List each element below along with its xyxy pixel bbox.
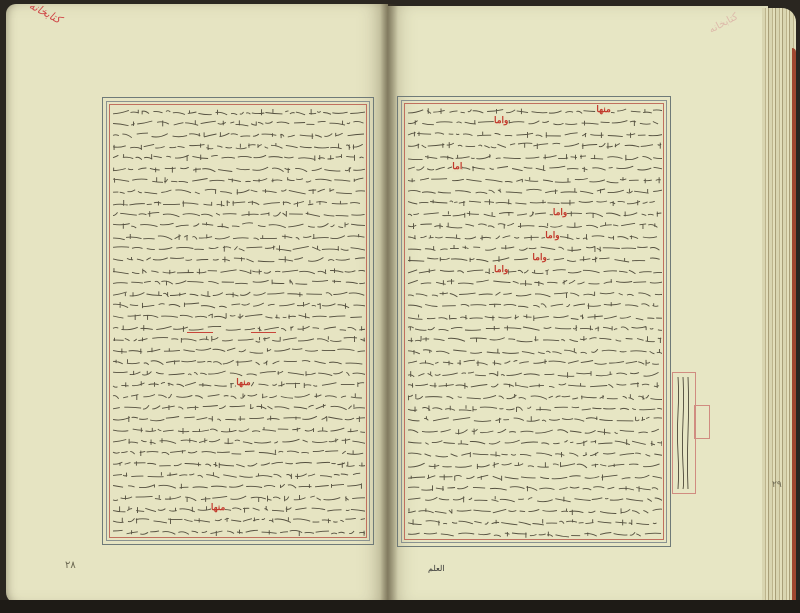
left-text-lines: منهامنها bbox=[111, 108, 365, 536]
marginal-gloss-small bbox=[694, 405, 710, 439]
text-line bbox=[406, 530, 662, 538]
text-line bbox=[111, 165, 365, 173]
text-line bbox=[406, 176, 662, 184]
text-line bbox=[406, 290, 662, 298]
text-line bbox=[111, 358, 365, 366]
text-line: واما bbox=[406, 118, 662, 126]
text-line: واما bbox=[406, 255, 662, 263]
text-line bbox=[406, 278, 662, 286]
text-line: منها bbox=[406, 107, 662, 115]
manuscript-spread: كتابخانه كتابخانه منهامنها منهاوامااماوا… bbox=[0, 0, 800, 613]
rubric-mark: واما bbox=[494, 266, 508, 275]
text-line bbox=[111, 312, 365, 320]
text-line bbox=[111, 142, 365, 150]
text-line bbox=[111, 494, 365, 502]
text-line bbox=[111, 244, 365, 252]
text-line bbox=[406, 381, 662, 389]
text-line bbox=[111, 301, 365, 309]
book-gutter bbox=[380, 4, 398, 606]
text-line bbox=[406, 518, 662, 526]
text-line bbox=[111, 210, 365, 218]
text-line bbox=[111, 119, 365, 127]
catchword: العلم bbox=[428, 564, 445, 573]
text-line: واما bbox=[406, 210, 662, 218]
rubric-mark: واما bbox=[532, 254, 546, 263]
text-line bbox=[111, 267, 365, 275]
gloss-text bbox=[673, 373, 695, 493]
background-shadow bbox=[0, 600, 800, 613]
rubric-mark: منها bbox=[211, 504, 225, 513]
text-line bbox=[406, 141, 662, 149]
text-line bbox=[406, 244, 662, 252]
text-line: واما bbox=[406, 267, 662, 275]
text-line bbox=[111, 255, 365, 263]
text-line bbox=[111, 403, 365, 411]
rubric-mark: واما bbox=[494, 117, 508, 126]
text-line bbox=[406, 221, 662, 229]
left-text-frame: منهامنها bbox=[102, 97, 374, 545]
text-line bbox=[406, 427, 662, 435]
text-line bbox=[406, 450, 662, 458]
text-line bbox=[406, 335, 662, 343]
rubric-mark: منها bbox=[236, 379, 250, 388]
text-line bbox=[111, 153, 365, 161]
text-line bbox=[406, 507, 662, 515]
text-line bbox=[111, 414, 365, 422]
text-line: منها bbox=[111, 380, 365, 388]
text-line bbox=[111, 324, 365, 332]
rubric-mark: واما bbox=[545, 232, 559, 241]
text-line bbox=[111, 528, 365, 536]
text-line bbox=[111, 482, 365, 490]
overline-mark bbox=[251, 332, 276, 333]
right-text-frame: منهاوامااماواماواماواماواما bbox=[397, 96, 671, 547]
text-line bbox=[406, 495, 662, 503]
text-line bbox=[406, 198, 662, 206]
folio-number: ٢٨ bbox=[65, 560, 76, 571]
rubric-mark: اما bbox=[452, 163, 462, 172]
text-line bbox=[406, 484, 662, 492]
rubric-mark: منها bbox=[596, 106, 610, 115]
text-line bbox=[406, 438, 662, 446]
text-line bbox=[406, 347, 662, 355]
text-line bbox=[111, 176, 365, 184]
text-line bbox=[111, 369, 365, 377]
text-line bbox=[111, 290, 365, 298]
rubric-mark: واما bbox=[553, 209, 567, 218]
page-edges bbox=[762, 8, 796, 604]
text-line bbox=[406, 187, 662, 195]
text-line bbox=[111, 233, 365, 241]
text-line bbox=[111, 448, 365, 456]
text-line bbox=[111, 471, 365, 479]
text-line: منها bbox=[111, 505, 365, 513]
text-line bbox=[111, 278, 365, 286]
text-line bbox=[111, 131, 365, 139]
text-line bbox=[111, 426, 365, 434]
text-line bbox=[406, 404, 662, 412]
text-line bbox=[406, 324, 662, 332]
text-line bbox=[406, 473, 662, 481]
text-line bbox=[406, 153, 662, 161]
text-line bbox=[406, 313, 662, 321]
text-line bbox=[406, 393, 662, 401]
edge-note: ٢٩ bbox=[772, 480, 782, 490]
text-line bbox=[111, 221, 365, 229]
overline-mark bbox=[187, 332, 212, 333]
text-line bbox=[111, 460, 365, 468]
text-line bbox=[111, 108, 365, 116]
text-line bbox=[111, 187, 365, 195]
text-line bbox=[111, 199, 365, 207]
text-line bbox=[111, 437, 365, 445]
text-line: واما bbox=[406, 233, 662, 241]
text-line bbox=[406, 370, 662, 378]
text-line bbox=[406, 130, 662, 138]
text-line bbox=[406, 301, 662, 309]
text-line: اما bbox=[406, 164, 662, 172]
text-line bbox=[406, 358, 662, 366]
marginal-gloss bbox=[672, 372, 696, 494]
text-line bbox=[111, 392, 365, 400]
text-line bbox=[406, 415, 662, 423]
text-line bbox=[111, 516, 365, 524]
text-line bbox=[111, 335, 365, 343]
text-line bbox=[111, 346, 365, 354]
text-line bbox=[406, 461, 662, 469]
right-text-lines: منهاوامااماواماواماواماواما bbox=[406, 107, 662, 538]
